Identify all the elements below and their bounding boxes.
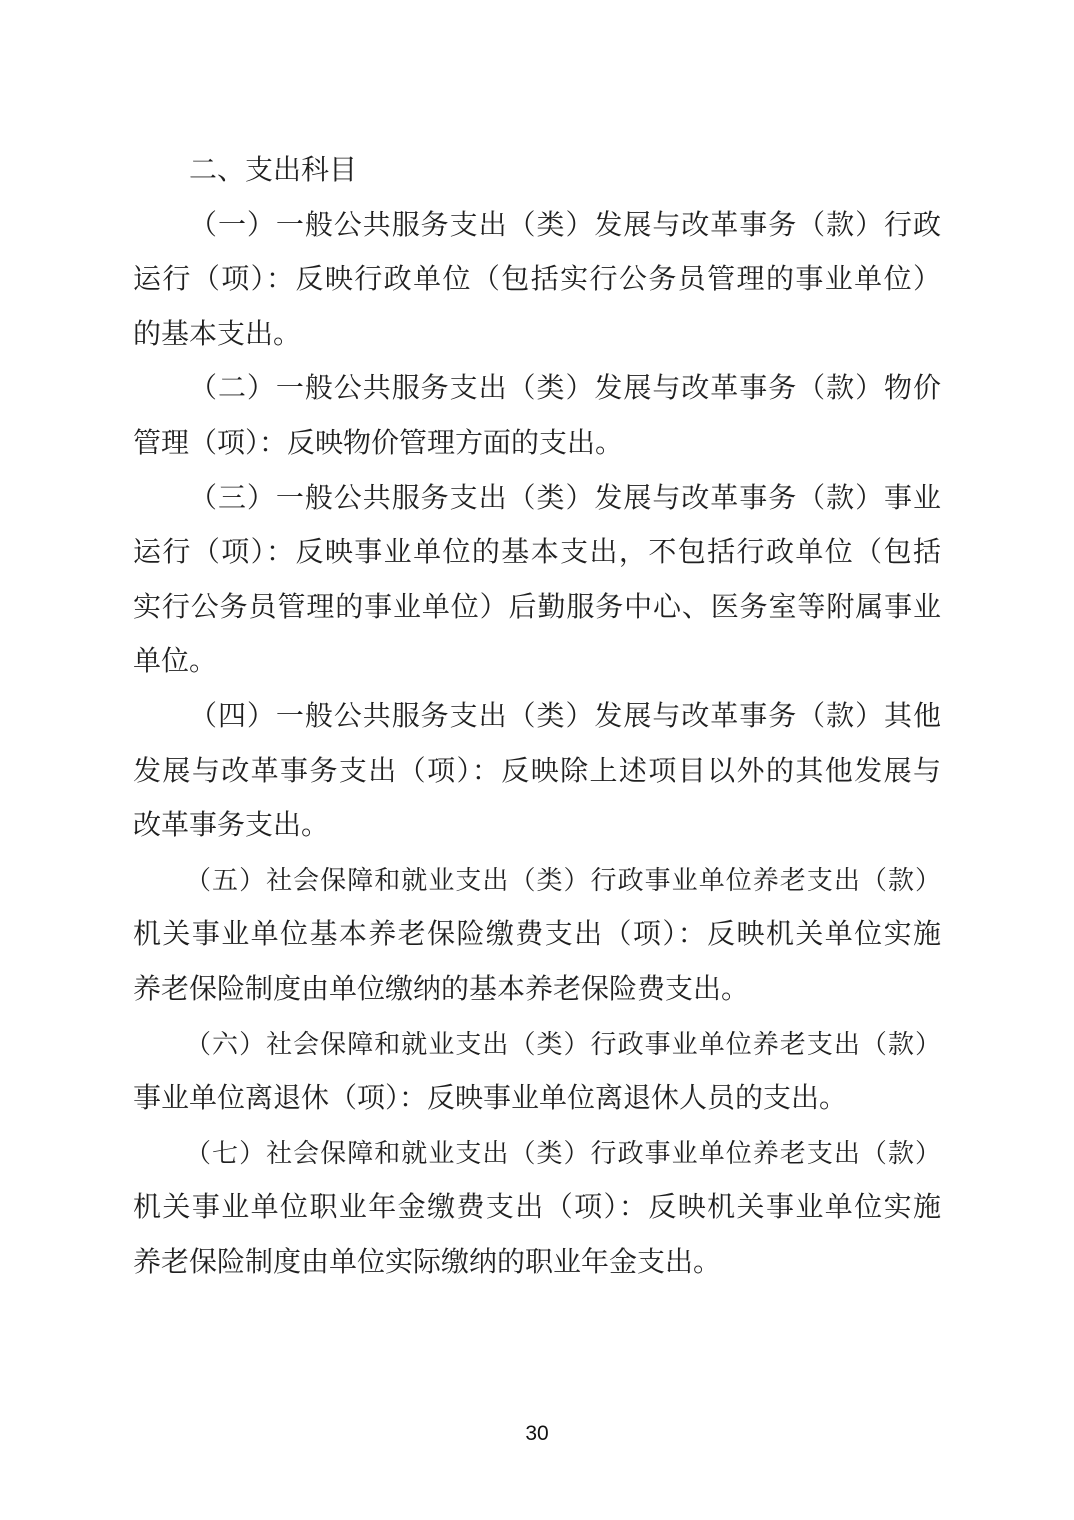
text-line: 单位。	[133, 635, 941, 690]
text-line: 机关事业单位基本养老保险缴费支出（项）：反映机关单位实施	[133, 908, 941, 963]
paragraph: （二）一般公共服务支出（类）发展与改革事务（款）物价 管理（项）：反映物价管理方…	[133, 362, 941, 471]
section-heading: 二、支出科目	[133, 144, 941, 199]
paragraph: （四）一般公共服务支出（类）发展与改革事务（款）其他 发展与改革事务支出（项）：…	[133, 690, 941, 854]
text-line: 的基本支出。	[133, 308, 941, 363]
section-heading-block: 二、支出科目	[133, 144, 941, 199]
text-line: 养老保险制度由单位实际缴纳的职业年金支出。	[133, 1236, 941, 1291]
paragraph: （七）社会保障和就业支出（类）行政事业单位养老支出（款） 机关事业单位职业年金缴…	[133, 1127, 941, 1291]
text-line: （五）社会保障和就业支出（类）行政事业单位养老支出（款）	[133, 854, 941, 909]
paragraph: （五）社会保障和就业支出（类）行政事业单位养老支出（款） 机关事业单位基本养老保…	[133, 854, 941, 1018]
page-number: 30	[0, 1422, 1074, 1446]
text-line: 机关事业单位职业年金缴费支出（项）：反映机关事业单位实施	[133, 1181, 941, 1236]
text-line: 实行公务员管理的事业单位）后勤服务中心、医务室等附属事业	[133, 581, 941, 636]
text-line: 运行（项）：反映事业单位的基本支出，不包括行政单位（包括	[133, 526, 941, 581]
text-line: 管理（项）：反映物价管理方面的支出。	[133, 417, 941, 472]
text-line: （四）一般公共服务支出（类）发展与改革事务（款）其他	[133, 690, 941, 745]
paragraph: （三）一般公共服务支出（类）发展与改革事务（款）事业 运行（项）：反映事业单位的…	[133, 472, 941, 690]
text-line: 事业单位离退休（项）：反映事业单位离退休人员的支出。	[133, 1072, 941, 1127]
paragraph: （六）社会保障和就业支出（类）行政事业单位养老支出（款） 事业单位离退休（项）：…	[133, 1018, 941, 1127]
document-page: 二、支出科目 （一）一般公共服务支出（类）发展与改革事务（款）行政 运行（项）：…	[0, 0, 1074, 1520]
paragraph: （一）一般公共服务支出（类）发展与改革事务（款）行政 运行（项）：反映行政单位（…	[133, 199, 941, 363]
text-line: 养老保险制度由单位缴纳的基本养老保险费支出。	[133, 963, 941, 1018]
text-line: 改革事务支出。	[133, 799, 941, 854]
text-line: （一）一般公共服务支出（类）发展与改革事务（款）行政	[133, 199, 941, 254]
text-line: （六）社会保障和就业支出（类）行政事业单位养老支出（款）	[133, 1018, 941, 1073]
text-line: （三）一般公共服务支出（类）发展与改革事务（款）事业	[133, 472, 941, 527]
document-body: 二、支出科目 （一）一般公共服务支出（类）发展与改革事务（款）行政 运行（项）：…	[133, 144, 941, 1290]
text-line: （七）社会保障和就业支出（类）行政事业单位养老支出（款）	[133, 1127, 941, 1182]
text-line: （二）一般公共服务支出（类）发展与改革事务（款）物价	[133, 362, 941, 417]
text-line: 运行（项）：反映行政单位（包括实行公务员管理的事业单位）	[133, 253, 941, 308]
text-line: 发展与改革事务支出（项）：反映除上述项目以外的其他发展与	[133, 745, 941, 800]
